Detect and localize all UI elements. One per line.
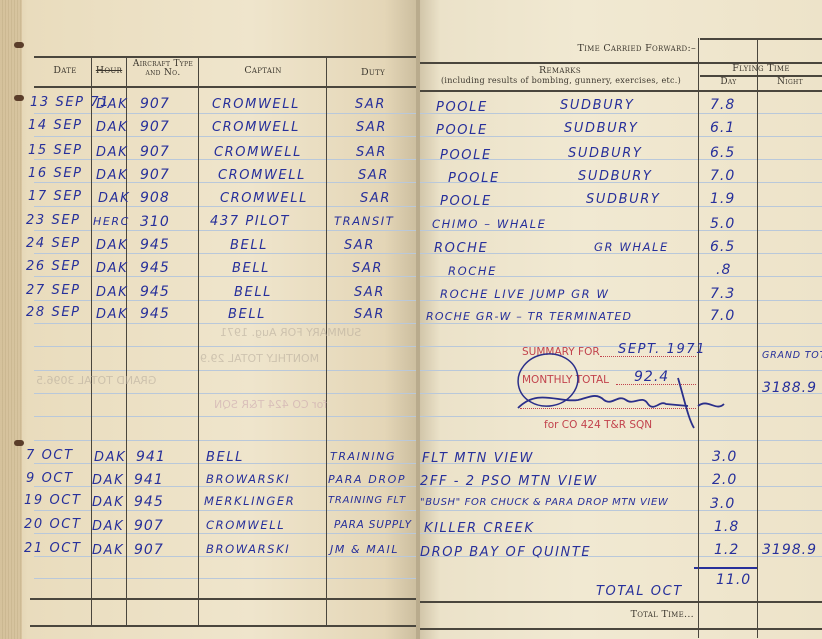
entry-day-time: 3.0 — [712, 450, 737, 464]
entry-aircraft-type: Dak — [96, 98, 128, 111]
entry-aircraft-type: Dak — [96, 239, 128, 252]
entry-aircraft-no: 945 — [140, 307, 170, 321]
entry-remarks-destination: Sudbury — [568, 147, 642, 160]
header-hour: Hour — [92, 66, 126, 76]
entry-captain: Cromwell — [212, 121, 300, 134]
entry-day-time: .8 — [716, 263, 731, 277]
entry-date: 9 Oct — [26, 472, 74, 485]
entry-captain: Cromwell — [220, 192, 308, 205]
book-spine — [416, 0, 420, 639]
bleed-through-text: SUMMARY FOR Aug. 1971 — [220, 326, 361, 339]
entry-date: 26 Sep — [26, 260, 81, 273]
header-remarks: Remarks — [440, 66, 680, 76]
bleed-through-text: GRAND TOTAL 3096.5 — [36, 374, 156, 387]
entry-day-time: 7.0 — [710, 309, 735, 323]
header-captain: Captain — [200, 66, 326, 76]
entry-date: 7 Oct — [26, 449, 74, 462]
entry-date: 17 Sep — [28, 190, 83, 203]
entry-aircraft-type: Dak — [92, 496, 124, 509]
entry-day-time: 1.2 — [714, 543, 739, 557]
total-oct-rule — [420, 601, 822, 603]
entry-captain: Bell — [230, 239, 268, 252]
entry-captain: Bell — [206, 451, 244, 464]
entry-night-time: 3198.9 — [762, 543, 817, 557]
entry-duty: SAR — [354, 308, 385, 321]
entry-aircraft-no: 907 — [134, 543, 164, 557]
entry-duty: SAR — [360, 192, 391, 205]
grand-total-value: 3188.9 — [762, 381, 817, 395]
header-duty: Duty — [330, 68, 416, 78]
entry-date: 14 Sep — [28, 119, 83, 132]
binding-mark — [14, 42, 24, 48]
entry-date: 21 Oct — [24, 542, 82, 555]
entry-day-time: 3.0 — [710, 497, 735, 511]
entry-date: 16 Sep — [28, 167, 83, 180]
entry-date: 19 Oct — [24, 494, 82, 507]
footer-rule — [30, 598, 418, 600]
entry-duty: Transit — [334, 216, 394, 228]
header-remarks-sub: (including results of bombing, gunnery, … — [436, 77, 686, 85]
entry-aircraft-no: 907 — [134, 519, 164, 533]
entry-aircraft-type: Dak — [96, 286, 128, 299]
entry-duty: Training — [330, 451, 396, 462]
entry-date: 15 Sep — [28, 144, 83, 157]
entry-aircraft-type: Dak — [94, 451, 126, 464]
entry-date: 27 Sep — [26, 284, 81, 297]
footer-bottom-rule — [30, 625, 418, 627]
header-day: Day — [700, 78, 757, 87]
entry-remarks: Poole — [448, 172, 500, 185]
entry-aircraft-no: 310 — [140, 215, 170, 229]
entry-aircraft-no: 945 — [140, 285, 170, 299]
entry-date: 20 Oct — [24, 518, 82, 531]
entry-remarks: "Bush" for Chuck & Para Drop Mtn View — [420, 498, 668, 508]
entry-aircraft-type: Dak — [96, 262, 128, 275]
entry-remarks: Roche Live Jump GR W — [440, 289, 609, 301]
entry-remarks: Roche GR-W – TR Terminated — [426, 311, 632, 322]
entry-date: 28 Sep — [26, 306, 81, 319]
entry-aircraft-no: 907 — [140, 168, 170, 182]
entry-remarks: Roche — [434, 242, 488, 255]
entry-aircraft-no: 945 — [134, 495, 164, 509]
entry-day-time: 2.0 — [712, 473, 737, 487]
entry-remarks: Poole — [436, 101, 488, 114]
left-page: Date Hour Aircraft Type and No. Captain … — [0, 0, 418, 639]
entry-aircraft-no: 907 — [140, 97, 170, 111]
entry-remarks: Chimo – Whale — [432, 219, 546, 231]
entry-remarks: Poole — [436, 124, 488, 137]
entry-captain: 437 Pilot — [210, 215, 290, 228]
entry-aircraft-type: Dak — [96, 169, 128, 182]
entry-remarks-destination: Sudbury — [560, 99, 634, 112]
entry-aircraft-no: 945 — [140, 238, 170, 252]
entry-remarks: Killer Creek — [424, 522, 535, 535]
logbook-spread: Date Hour Aircraft Type and No. Captain … — [0, 0, 822, 639]
entry-duty: SAR — [354, 286, 385, 299]
entry-remarks: 2FF - 2 PSO Mtn View — [420, 475, 598, 488]
entry-captain: Cromwell — [218, 169, 306, 182]
header-flying-time: Flying Time — [700, 64, 822, 74]
entry-duty: Training Flt — [328, 496, 406, 506]
entry-date: 23 Sep — [26, 214, 81, 227]
entry-remarks-destination: GR Whale — [594, 242, 669, 254]
entry-duty: Para Drop — [328, 474, 406, 485]
entry-day-time: 6.1 — [710, 121, 735, 135]
entry-duty: SAR — [356, 146, 387, 159]
entry-duty: Para Supply — [334, 520, 412, 531]
entry-captain: Cromwell — [206, 520, 285, 532]
entry-duty: SAR — [352, 262, 383, 275]
entry-aircraft-type: Dak — [96, 308, 128, 321]
entry-aircraft-no: 945 — [140, 261, 170, 275]
header-date: Date — [40, 66, 90, 76]
entry-aircraft-type: Dak — [96, 121, 128, 134]
entry-aircraft-no: 941 — [136, 450, 166, 464]
header-bottom-rule — [420, 90, 822, 92]
header-night: Night — [758, 78, 822, 87]
entry-aircraft-type: Dak — [92, 520, 124, 533]
entry-day-time: 7.3 — [710, 287, 735, 301]
entry-day-time: 7.8 — [710, 98, 735, 112]
entry-day-time: 7.0 — [710, 169, 735, 183]
total-oct-label: Total Oct — [596, 585, 683, 598]
grand-total-label: Grand Total — [762, 351, 822, 361]
entry-remarks: Roche — [448, 266, 497, 278]
entry-duty: SAR — [358, 169, 389, 182]
total-time-label: Total Time... — [560, 610, 694, 620]
entry-captain: Bell — [228, 308, 266, 321]
entry-day-time: 1.8 — [714, 520, 739, 534]
entry-remarks-destination: Sudbury — [586, 193, 660, 206]
entry-date: 24 Sep — [26, 237, 81, 250]
entry-aircraft-no: 907 — [140, 145, 170, 159]
entry-captain: Cromwell — [212, 98, 300, 111]
entry-remarks-destination: Sudbury — [564, 122, 638, 135]
entry-aircraft-type: Herc — [93, 216, 130, 227]
entry-duty: SAR — [356, 121, 387, 134]
entry-captain: Browarski — [206, 474, 290, 486]
binding-mark — [14, 95, 24, 101]
bleed-through-text: for CO 424 T&R SQN — [214, 398, 327, 411]
entry-duty: SAR — [355, 98, 386, 111]
bleed-through-text: MONTHLY TOTAL 29.9 — [200, 352, 319, 365]
entry-aircraft-no: 908 — [140, 191, 170, 205]
entry-aircraft-no: 941 — [134, 473, 164, 487]
entry-day-time: 1.9 — [710, 192, 735, 206]
signature-icon — [508, 348, 748, 438]
total-oct-value: 11.0 — [716, 573, 751, 587]
entry-remarks: Poole — [440, 149, 492, 162]
binding-mark — [14, 440, 24, 446]
entry-captain: Merklinger — [204, 496, 295, 508]
entry-remarks: Flt Mtn View — [422, 452, 534, 465]
entry-aircraft-type: Dak — [98, 192, 130, 205]
entry-remarks: Poole — [440, 195, 492, 208]
entry-captain: Cromwell — [214, 146, 302, 159]
header-aircraft: Aircraft Type and No. — [128, 60, 198, 79]
entry-aircraft-type: Dak — [92, 474, 124, 487]
entry-day-time: 6.5 — [710, 146, 735, 160]
entry-captain: Bell — [232, 262, 270, 275]
entry-remarks-destination: Sudbury — [578, 170, 652, 183]
entry-day-time: 6.5 — [710, 240, 735, 254]
entry-duty: SAR — [344, 239, 375, 252]
entry-aircraft-no: 907 — [140, 120, 170, 134]
entry-duty: JM & Mail — [330, 544, 399, 555]
entry-captain: Browarski — [206, 544, 290, 556]
carried-forward-label: Time Carried Forward:– — [540, 44, 696, 54]
total-time-rule — [420, 628, 822, 630]
entry-aircraft-type: Dak — [96, 146, 128, 159]
sum-underline — [694, 567, 758, 569]
entry-remarks: Drop Bay of Quinte — [420, 546, 591, 559]
entry-captain: Bell — [234, 286, 272, 299]
entry-aircraft-type: Dak — [92, 544, 124, 557]
entry-day-time: 5.0 — [710, 217, 735, 231]
